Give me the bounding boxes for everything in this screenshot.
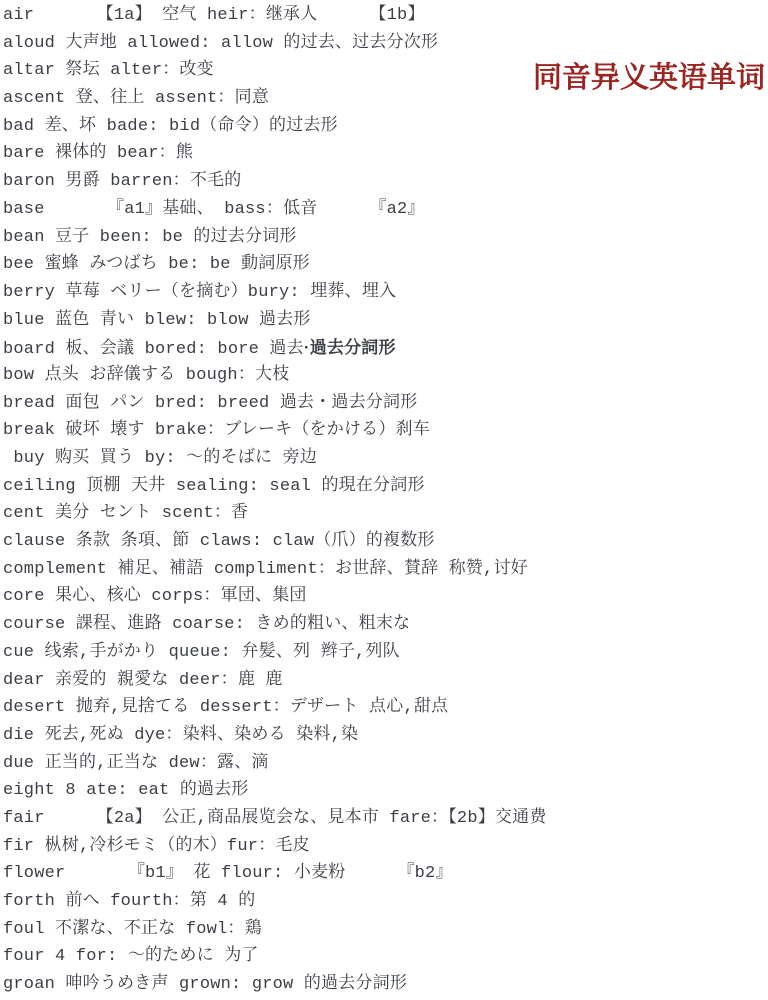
word-line: foul 不潔な、不正な fowl：鶏 — [3, 916, 768, 944]
word-line: forth 前へ fourth：第 4 的 — [3, 888, 768, 916]
word-line: die 死去,死ぬ dye：染料、染める 染料,染 — [3, 722, 768, 750]
page-title: 同音异义英语单词 — [533, 55, 765, 96]
word-line: course 課程、進路 coarse: きめ的粗い、粗末な — [3, 611, 768, 639]
word-line: fir 枞树,冷杉モミ（的木）fur：毛皮 — [3, 833, 768, 861]
word-line: base 『a1』基础、 bass：低音 『a2』 — [3, 196, 768, 224]
word-line: board 板、会議 bored: bore 過去·過去分詞形 — [3, 334, 768, 362]
word-line: buy 购买 買う by: ～的そばに 旁边 — [3, 445, 768, 473]
word-line: blue 蓝色 青い blew: blow 過去形 — [3, 307, 768, 335]
word-list: air 【1a】 空气 heir：继承人 【1b】aloud 大声地 allow… — [3, 2, 768, 999]
word-line: flower 『b1』 花 flour: 小麦粉 『b2』 — [3, 860, 768, 888]
word-line: core 果心、核心 corps：軍団、集団 — [3, 583, 768, 611]
word-line: ceiling 顶棚 天井 sealing: seal 的現在分詞形 — [3, 473, 768, 501]
word-line: break 破坏 壊す brake：ブレーキ（をかける）刹车 — [3, 417, 768, 445]
word-line: bad 差、坏 bade: bid（命令）的过去形 — [3, 113, 768, 141]
word-line: due 正当的,正当な dew：露、滴 — [3, 750, 768, 778]
word-line: cue 线索,手がかり queue: 弁髪、列 辫子,列队 — [3, 639, 768, 667]
word-line: complement 補足、補語 compliment：お世辞、賛辞 称赞,讨好 — [3, 556, 768, 584]
homophone-document: air 【1a】 空气 heir：继承人 【1b】aloud 大声地 allow… — [0, 0, 768, 1000]
word-line: air 【1a】 空气 heir：继承人 【1b】 — [3, 2, 768, 30]
word-line: bee 蜜蜂 みつばち be: be 動詞原形 — [3, 251, 768, 279]
word-line: bean 豆子 been: be 的过去分词形 — [3, 224, 768, 252]
word-line: desert 抛弃,見捨てる dessert：デザート 点心,甜点 — [3, 694, 768, 722]
word-line: aloud 大声地 allowed: allow 的过去、过去分次形 — [3, 30, 768, 58]
word-line: bow 点头 お辞儀する bough：大枝 — [3, 362, 768, 390]
word-line: clause 条款 条項、節 claws: claw（爪）的複数形 — [3, 528, 768, 556]
word-line: dear 亲爱的 親愛な deer：鹿 鹿 — [3, 667, 768, 695]
word-line: berry 草莓 ベリー（を摘む）bury: 埋葬、埋入 — [3, 279, 768, 307]
word-line: bread 面包 パン bred: breed 過去・過去分詞形 — [3, 390, 768, 418]
word-line: cent 美分 セント scent：香 — [3, 500, 768, 528]
word-line: groan 呻吟うめき声 grown: grow 的過去分詞形 — [3, 971, 768, 999]
word-line: fair 【2a】 公正,商品展览会な、見本市 fare：【2b】交通费 — [3, 805, 768, 833]
word-line: bare 裸体的 bear：熊 — [3, 140, 768, 168]
word-line: eight 8 ate: eat 的過去形 — [3, 777, 768, 805]
word-line: four 4 for: ～的ために 为了 — [3, 943, 768, 971]
bold-segment: ·過去分詞形 — [304, 338, 396, 357]
word-line: baron 男爵 barren：不毛的 — [3, 168, 768, 196]
